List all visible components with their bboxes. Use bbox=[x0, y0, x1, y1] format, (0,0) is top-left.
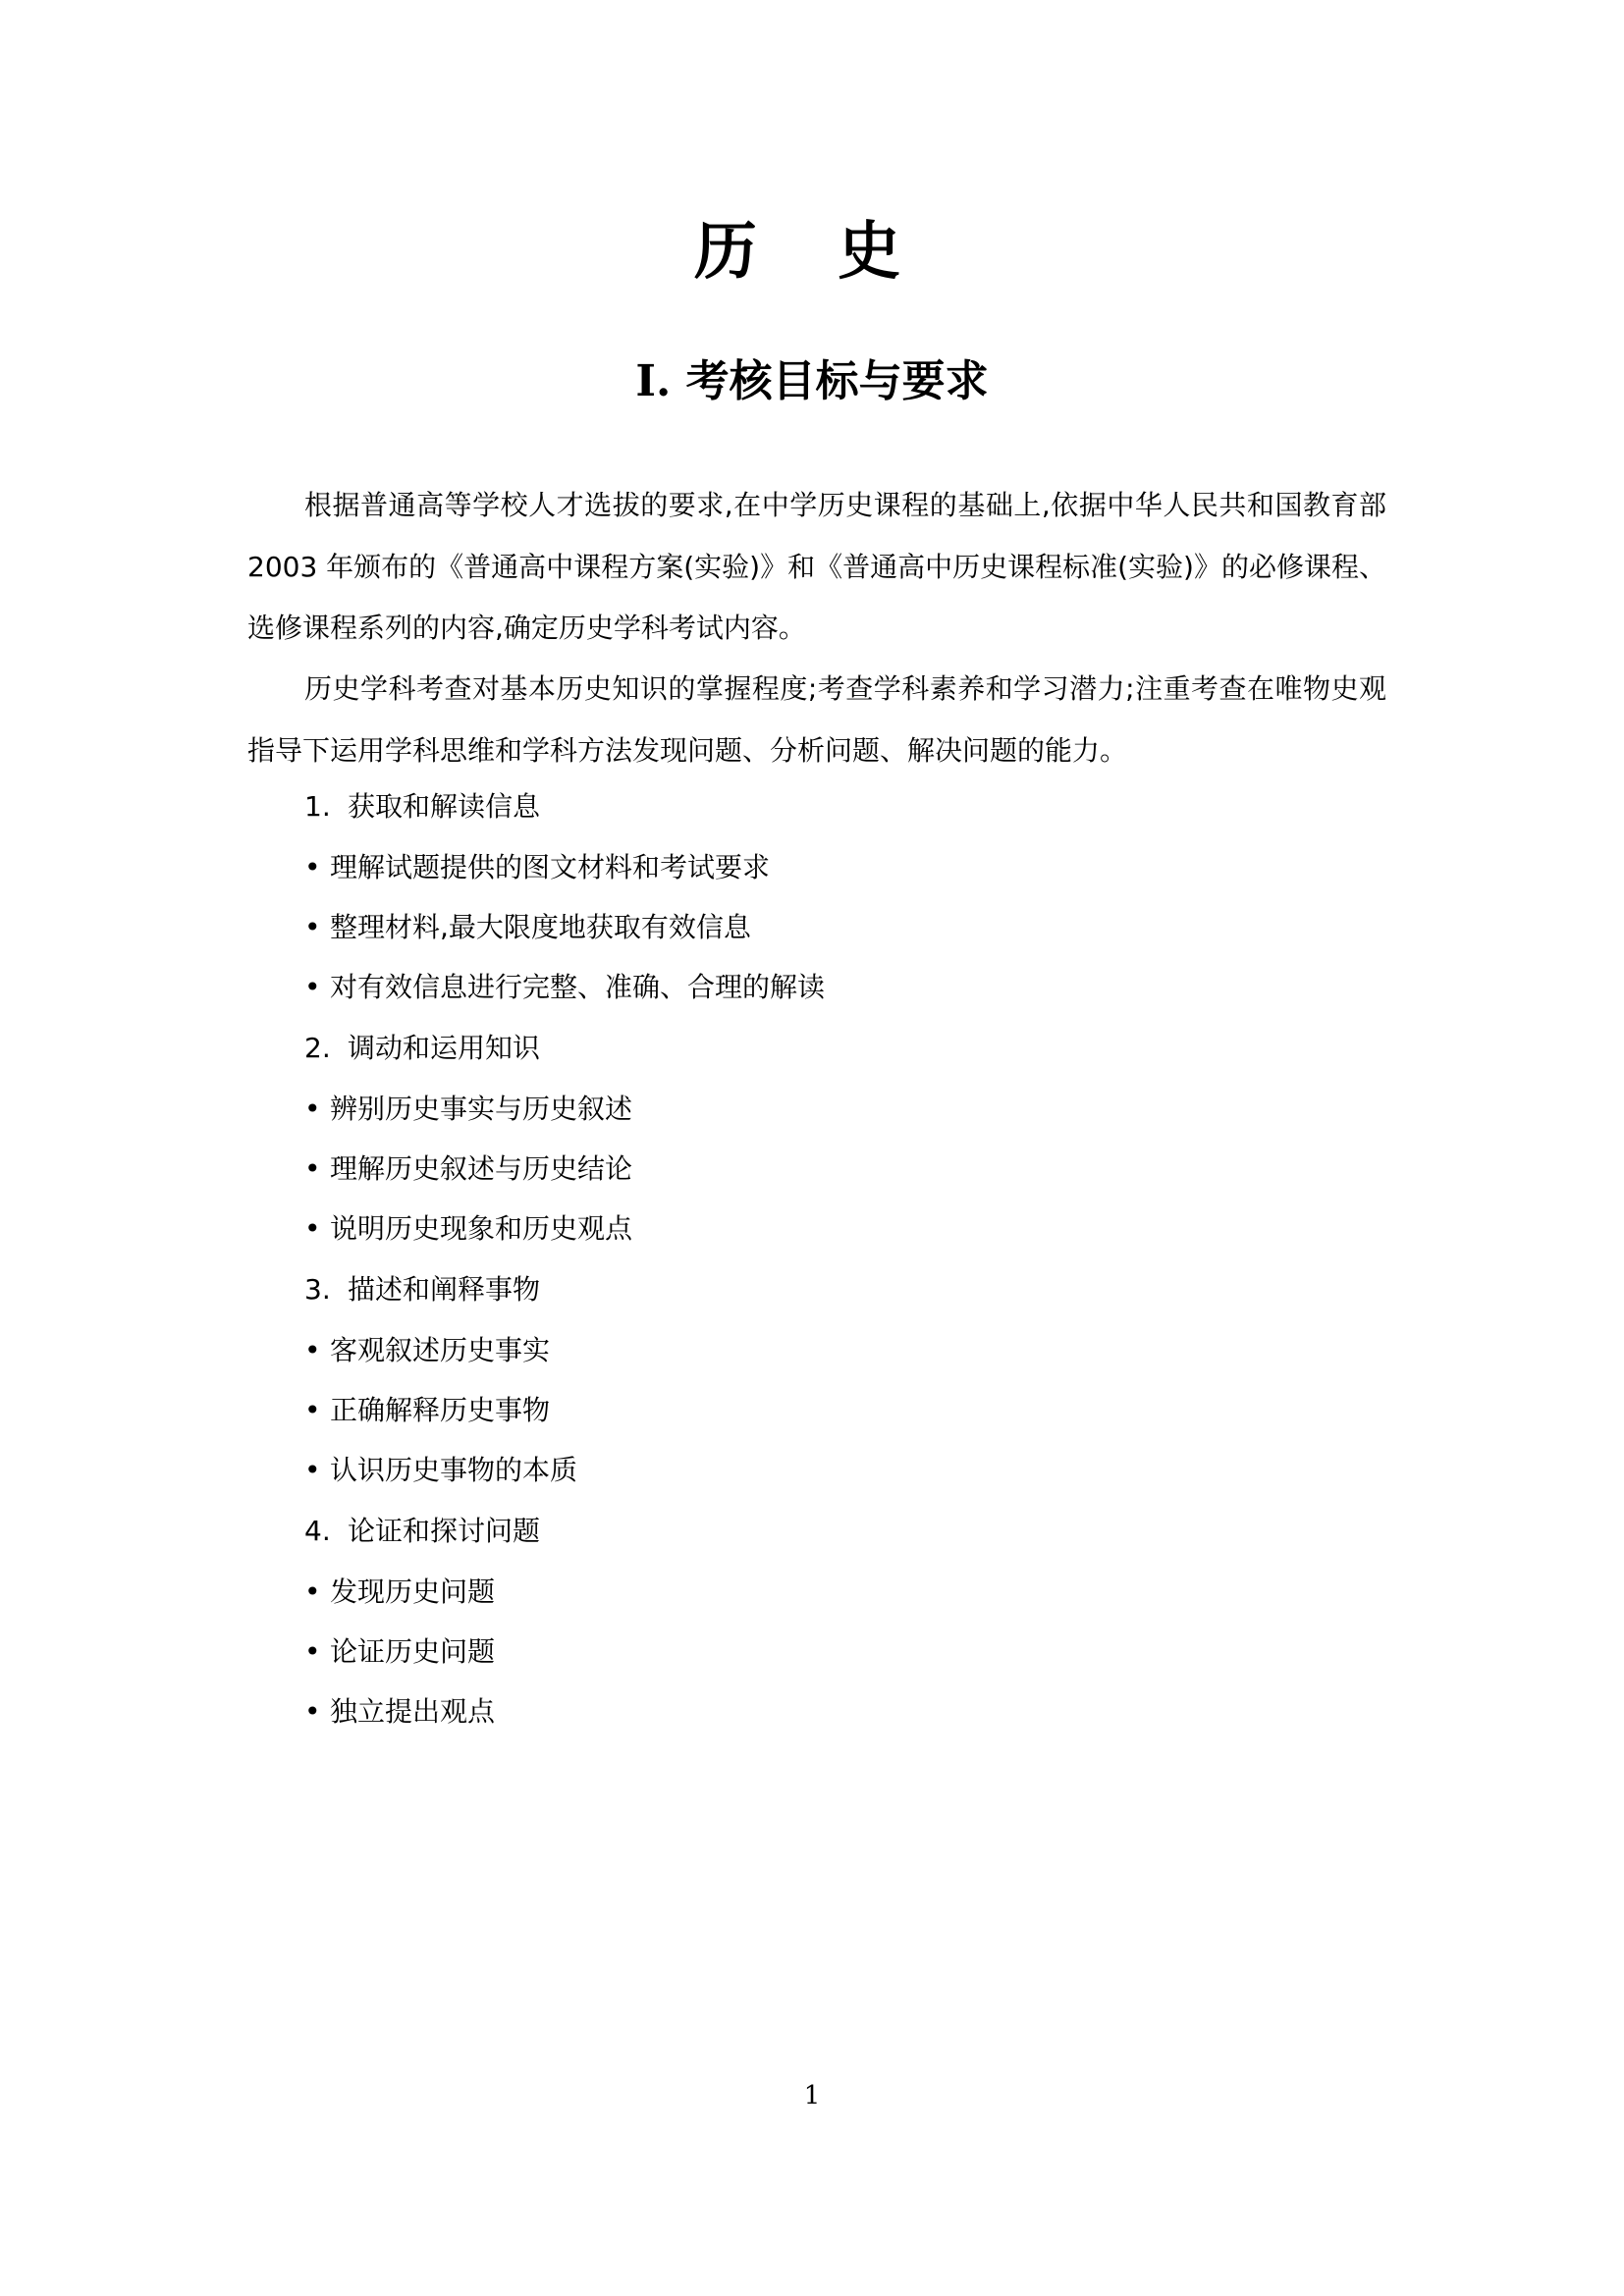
section-number: 2. bbox=[304, 1029, 348, 1068]
list-item-text: 正确解释历史事物 bbox=[330, 1394, 550, 1426]
list-item: •独立提出观点 bbox=[304, 1692, 495, 1732]
section-heading: Ⅰ. 考核目标与要求 bbox=[0, 346, 1624, 408]
bullet-icon: • bbox=[304, 1331, 330, 1370]
section-2-title: 2.调动和运用知识 bbox=[304, 1029, 540, 1068]
bullet-icon: • bbox=[304, 1573, 330, 1612]
list-item: •说明历史现象和历史观点 bbox=[304, 1209, 632, 1249]
bullet-icon: • bbox=[304, 1209, 330, 1249]
section-label: 获取和解读信息 bbox=[348, 790, 540, 823]
section-3-title: 3.描述和阐释事物 bbox=[304, 1270, 540, 1309]
list-item-text: 整理材料,最大限度地获取有效信息 bbox=[330, 911, 751, 943]
section-label: 调动和运用知识 bbox=[348, 1032, 540, 1064]
bullet-icon: • bbox=[304, 908, 330, 947]
list-item-text: 辨别历史事实与历史叙述 bbox=[330, 1093, 632, 1125]
list-item-text: 独立提出观点 bbox=[330, 1695, 495, 1728]
section-number: 3. bbox=[304, 1270, 348, 1309]
list-item-text: 认识历史事物的本质 bbox=[330, 1454, 577, 1486]
list-item: •正确解释历史事物 bbox=[304, 1391, 550, 1430]
bullet-icon: • bbox=[304, 1090, 330, 1129]
section-label: 论证和探讨问题 bbox=[348, 1515, 540, 1547]
page-number: 1 bbox=[0, 2081, 1624, 2110]
bullet-icon: • bbox=[304, 1451, 330, 1490]
list-item: •对有效信息进行完整、准确、合理的解读 bbox=[304, 968, 825, 1007]
list-item: •认识历史事物的本质 bbox=[304, 1451, 577, 1490]
list-item: •整理材料,最大限度地获取有效信息 bbox=[304, 908, 751, 947]
document-page: 历 史 Ⅰ. 考核目标与要求 根据普通高等学校人才选拔的要求,在中学历史课程的基… bbox=[0, 0, 1624, 2296]
bullet-icon: • bbox=[304, 968, 330, 1007]
list-item-text: 客观叙述历史事实 bbox=[330, 1334, 550, 1366]
list-item: •辨别历史事实与历史叙述 bbox=[304, 1090, 632, 1129]
list-item-text: 理解试题提供的图文材料和考试要求 bbox=[330, 851, 770, 883]
list-item: •客观叙述历史事实 bbox=[304, 1331, 550, 1370]
bullet-icon: • bbox=[304, 1632, 330, 1672]
section-number: 4. bbox=[304, 1512, 348, 1551]
section-label: 描述和阐释事物 bbox=[348, 1273, 540, 1306]
intro-paragraph-2: 历史学科考查对基本历史知识的掌握程度;考查学科素养和学习潜力;注重考查在唯物史观… bbox=[247, 659, 1386, 781]
bullet-icon: • bbox=[304, 1692, 330, 1732]
list-item: •论证历史问题 bbox=[304, 1632, 495, 1672]
list-item-text: 对有效信息进行完整、准确、合理的解读 bbox=[330, 971, 825, 1003]
list-item-text: 理解历史叙述与历史结论 bbox=[330, 1152, 632, 1185]
bullet-icon: • bbox=[304, 1149, 330, 1189]
section-4-title: 4.论证和探讨问题 bbox=[304, 1512, 540, 1551]
list-item-text: 发现历史问题 bbox=[330, 1575, 495, 1608]
bullet-icon: • bbox=[304, 848, 330, 887]
list-item: •理解试题提供的图文材料和考试要求 bbox=[304, 848, 770, 887]
list-item-text: 说明历史现象和历史观点 bbox=[330, 1212, 632, 1245]
document-title: 历 史 bbox=[0, 201, 1624, 292]
section-1-title: 1.获取和解读信息 bbox=[304, 787, 540, 827]
intro-paragraph-1: 根据普通高等学校人才选拔的要求,在中学历史课程的基础上,依据中华人民共和国教育部… bbox=[247, 475, 1386, 660]
section-number: 1. bbox=[304, 787, 348, 827]
list-item-text: 论证历史问题 bbox=[330, 1635, 495, 1668]
bullet-icon: • bbox=[304, 1391, 330, 1430]
list-item: •理解历史叙述与历史结论 bbox=[304, 1149, 632, 1189]
list-item: •发现历史问题 bbox=[304, 1573, 495, 1612]
